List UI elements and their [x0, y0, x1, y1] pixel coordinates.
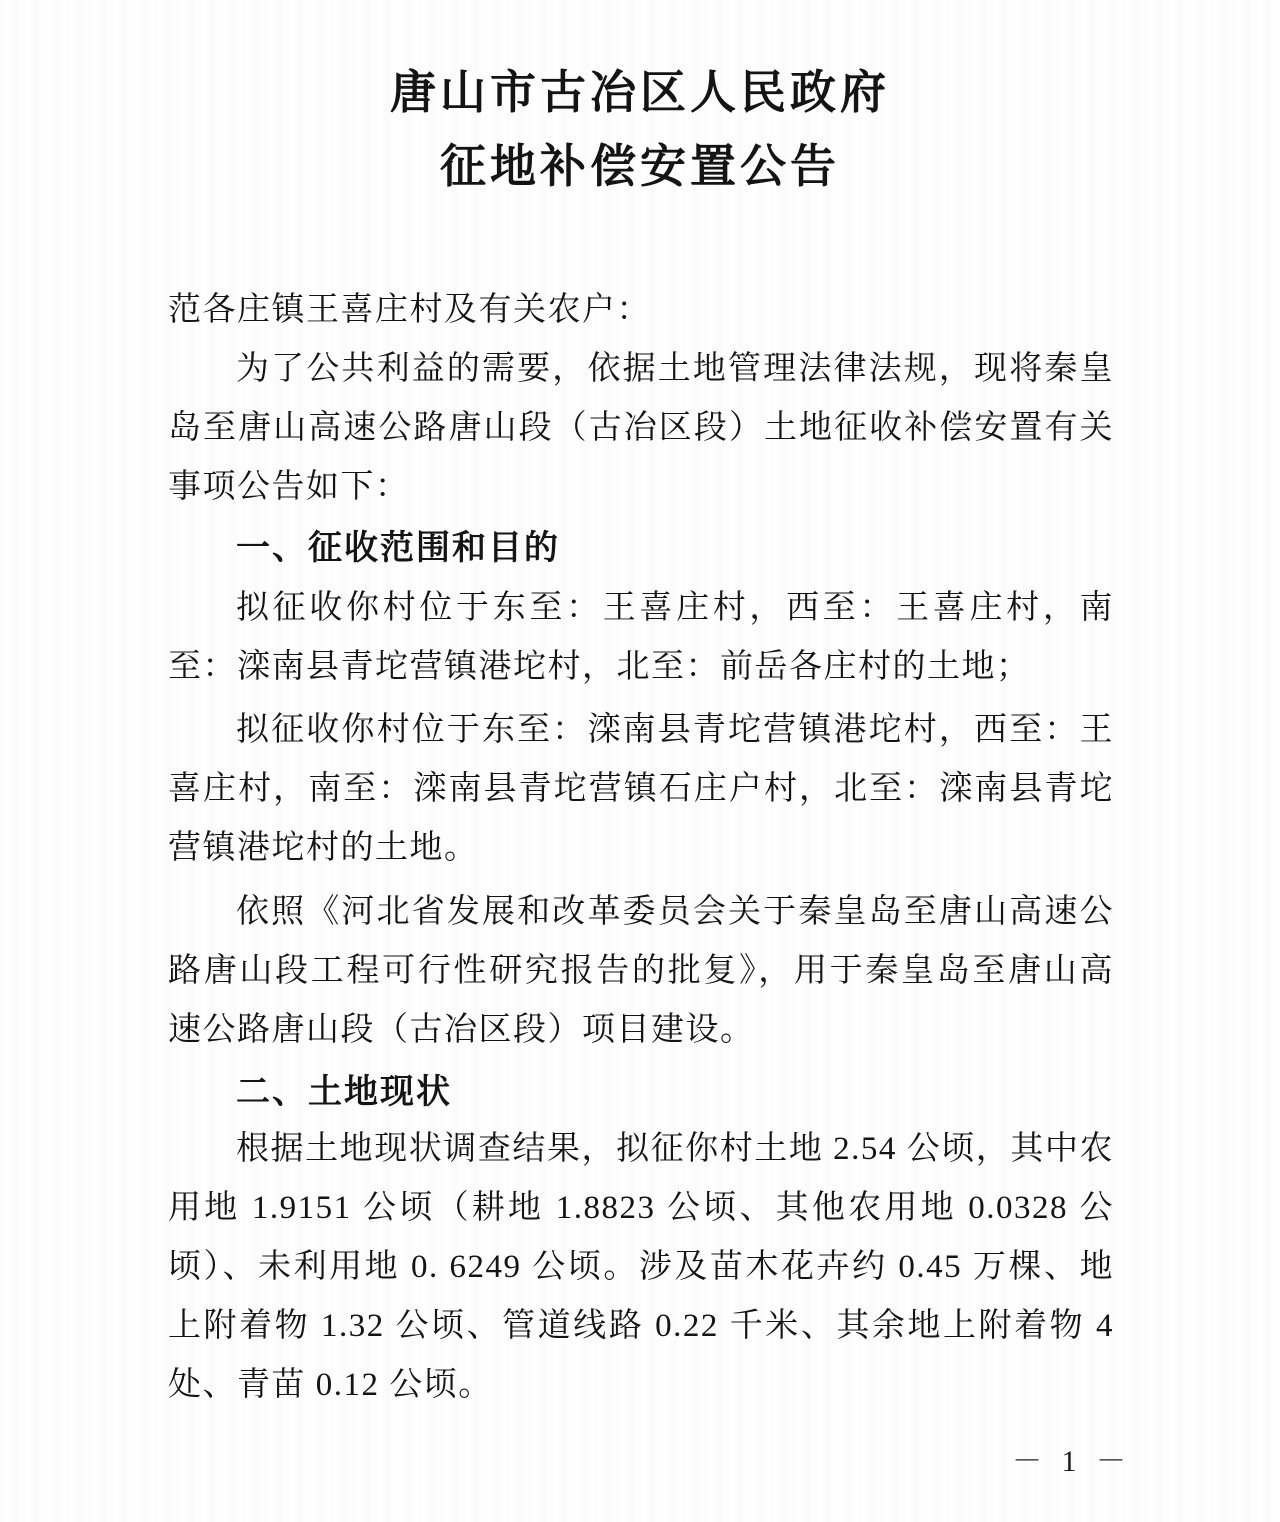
section2-heading: 二、土地现状 — [168, 1063, 1114, 1122]
document-title-line2: 征地补偿安置公告 — [0, 130, 1280, 204]
page-number: － 1 － — [1012, 1436, 1132, 1480]
section2-paragraph1: 根据土地现状调查结果，拟征你村土地 2.54 公顷，其中农用地 1.9151 公… — [168, 1120, 1114, 1415]
document-title-line1: 唐山市古冶区人民政府 — [0, 56, 1280, 130]
section1-paragraph2: 拟征收你村位于东至：滦南县青坨营镇港坨村，西至：王喜庄村，南至：滦南县青坨营镇石… — [168, 701, 1114, 878]
section1-heading: 一、征收范围和目的 — [168, 519, 1114, 578]
intro-paragraph: 为了公共利益的需要，依据土地管理法律法规，现将秦皇岛至唐山高速公路唐山段（古冶区… — [168, 340, 1114, 517]
section1-paragraph3: 依照《河北省发展和改革委员会关于秦皇岛至唐山高速公路唐山段工程可行性研究报告的批… — [168, 883, 1114, 1060]
section1-paragraph1: 拟征收你村位于东至：王喜庄村，西至：王喜庄村，南至：滦南县青坨营镇港坨村，北至：… — [168, 579, 1114, 697]
salutation-line: 范各庄镇王喜庄村及有关农户： — [168, 281, 1114, 340]
document-title: 唐山市古冶区人民政府 征地补偿安置公告 — [0, 56, 1280, 204]
scanned-announcement-page: 唐山市古冶区人民政府 征地补偿安置公告 范各庄镇王喜庄村及有关农户： 为了公共利… — [0, 0, 1280, 1522]
